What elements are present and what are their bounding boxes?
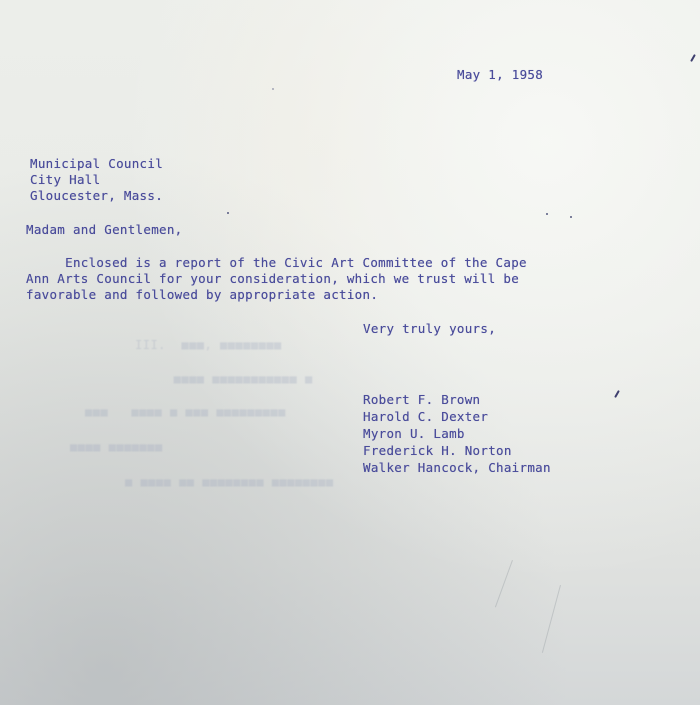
signatory-3: Myron U. Lamb (363, 426, 465, 442)
ink-speck (227, 212, 229, 214)
bleed-through-text: ■■■■ ■■■■■■■■■■■ ■ (135, 372, 313, 386)
body-line-1: Enclosed is a report of the Civic Art Co… (26, 255, 527, 271)
bleed-through-text: III. ■■■, ■■■■■■■■ (135, 338, 282, 352)
recipient-line-1: Municipal Council (30, 156, 163, 172)
closing: Very truly yours, (363, 321, 496, 337)
signatory-4: Frederick H. Norton (363, 443, 512, 459)
letter-date: May 1, 1958 (457, 67, 543, 83)
ink-speck (570, 216, 572, 218)
bleed-through-text: ■■■ ■■■■ ■ ■■■ ■■■■■■■■■ (85, 405, 286, 419)
bleed-through-text: ■■■■ ■■■■■■■ (70, 440, 163, 454)
bleed-through-text: ■ ■■■■ ■■ ■■■■■■■■ ■■■■■■■■ (125, 475, 334, 489)
paper-background (0, 0, 700, 705)
signatory-1: Robert F. Brown (363, 392, 480, 408)
body-line-3: favorable and followed by appropriate ac… (26, 287, 378, 303)
ink-speck (272, 88, 274, 90)
recipient-line-3: Gloucester, Mass. (30, 188, 163, 204)
salutation: Madam and Gentlemen, (26, 222, 183, 238)
signatory-5-chairman: Walker Hancock, Chairman (363, 460, 551, 476)
recipient-line-2: City Hall (30, 172, 100, 188)
body-line-2: Ann Arts Council for your consideration,… (26, 271, 519, 287)
ink-speck (546, 213, 548, 215)
signatory-2: Harold C. Dexter (363, 409, 488, 425)
